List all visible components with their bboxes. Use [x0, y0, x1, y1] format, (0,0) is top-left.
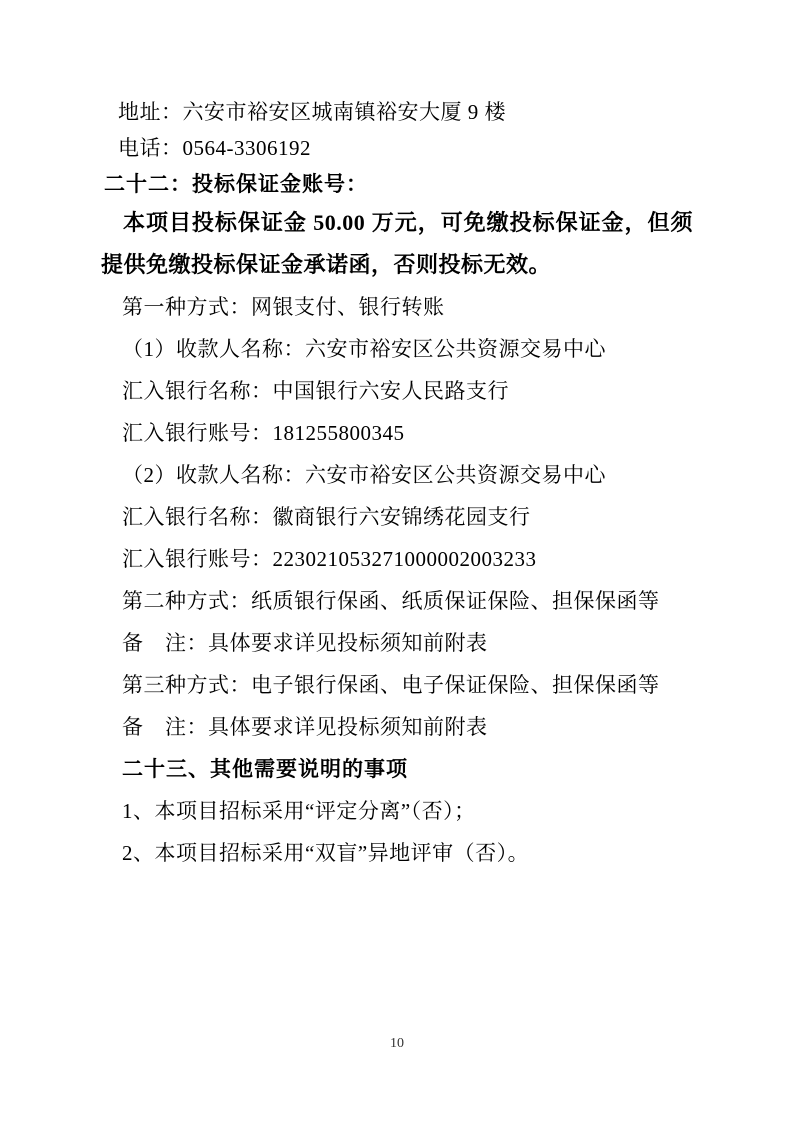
document-page: 地址：六安市裕安区城南镇裕安大厦 9 楼电话：0564-3306192二十二：投… — [0, 0, 794, 1122]
document-body: 地址：六安市裕安区城南镇裕安大厦 9 楼电话：0564-3306192二十二：投… — [101, 94, 693, 874]
doc-line: 1、本项目招标采用“评定分离”（否）； — [122, 790, 693, 832]
doc-line: 地址：六安市裕安区城南镇裕安大厦 9 楼 — [118, 94, 693, 130]
doc-line: 汇入银行账号：181255800345 — [122, 412, 693, 454]
doc-line: 电话：0564-3306192 — [118, 130, 693, 166]
doc-line: （1）收款人名称：六安市裕安区公共资源交易中心 — [122, 328, 693, 370]
doc-line: 备 注：具体要求详见投标须知前附表 — [122, 706, 693, 748]
doc-line: 本项目投标保证金 50.00 万元，可免缴投标保证金，但须提供免缴投标保证金承诺… — [101, 202, 693, 286]
doc-line: 汇入银行名称：徽商银行六安锦绣花园支行 — [122, 496, 693, 538]
doc-line: 备 注：具体要求详见投标须知前附表 — [122, 622, 693, 664]
doc-line: 2、本项目招标采用“双盲”异地评审（否）。 — [122, 832, 693, 874]
page-footer: 10 — [0, 1034, 794, 1054]
doc-line: 第三种方式：电子银行保函、电子保证保险、担保保函等 — [122, 664, 693, 706]
page-number: 10 — [390, 1036, 404, 1051]
doc-line: 汇入银行名称：中国银行六安人民路支行 — [122, 370, 693, 412]
doc-line: 二十三、其他需要说明的事项 — [122, 748, 693, 790]
doc-line: 第一种方式：网银支付、银行转账 — [122, 286, 693, 328]
doc-line: 第二种方式：纸质银行保函、纸质保证保险、担保保函等 — [122, 580, 693, 622]
doc-line: 二十二：投标保证金账号： — [104, 166, 693, 202]
doc-line: 汇入银行账号：223021053271000002003233 — [122, 538, 693, 580]
doc-line: （2）收款人名称：六安市裕安区公共资源交易中心 — [122, 454, 693, 496]
